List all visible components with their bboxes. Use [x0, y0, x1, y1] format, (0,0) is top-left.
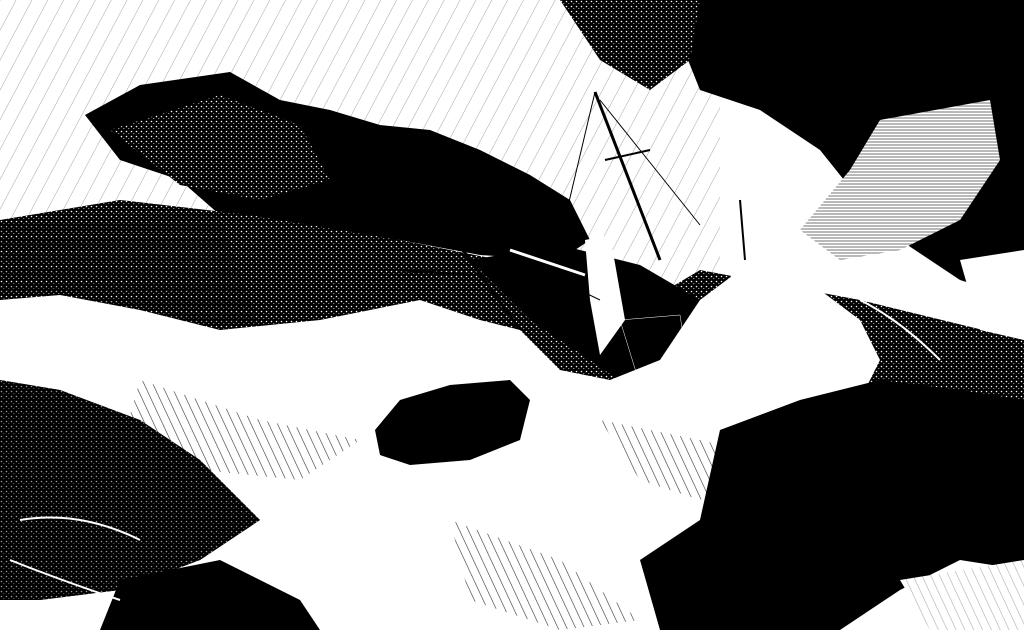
storm-ship-engraving: [0, 0, 1024, 630]
